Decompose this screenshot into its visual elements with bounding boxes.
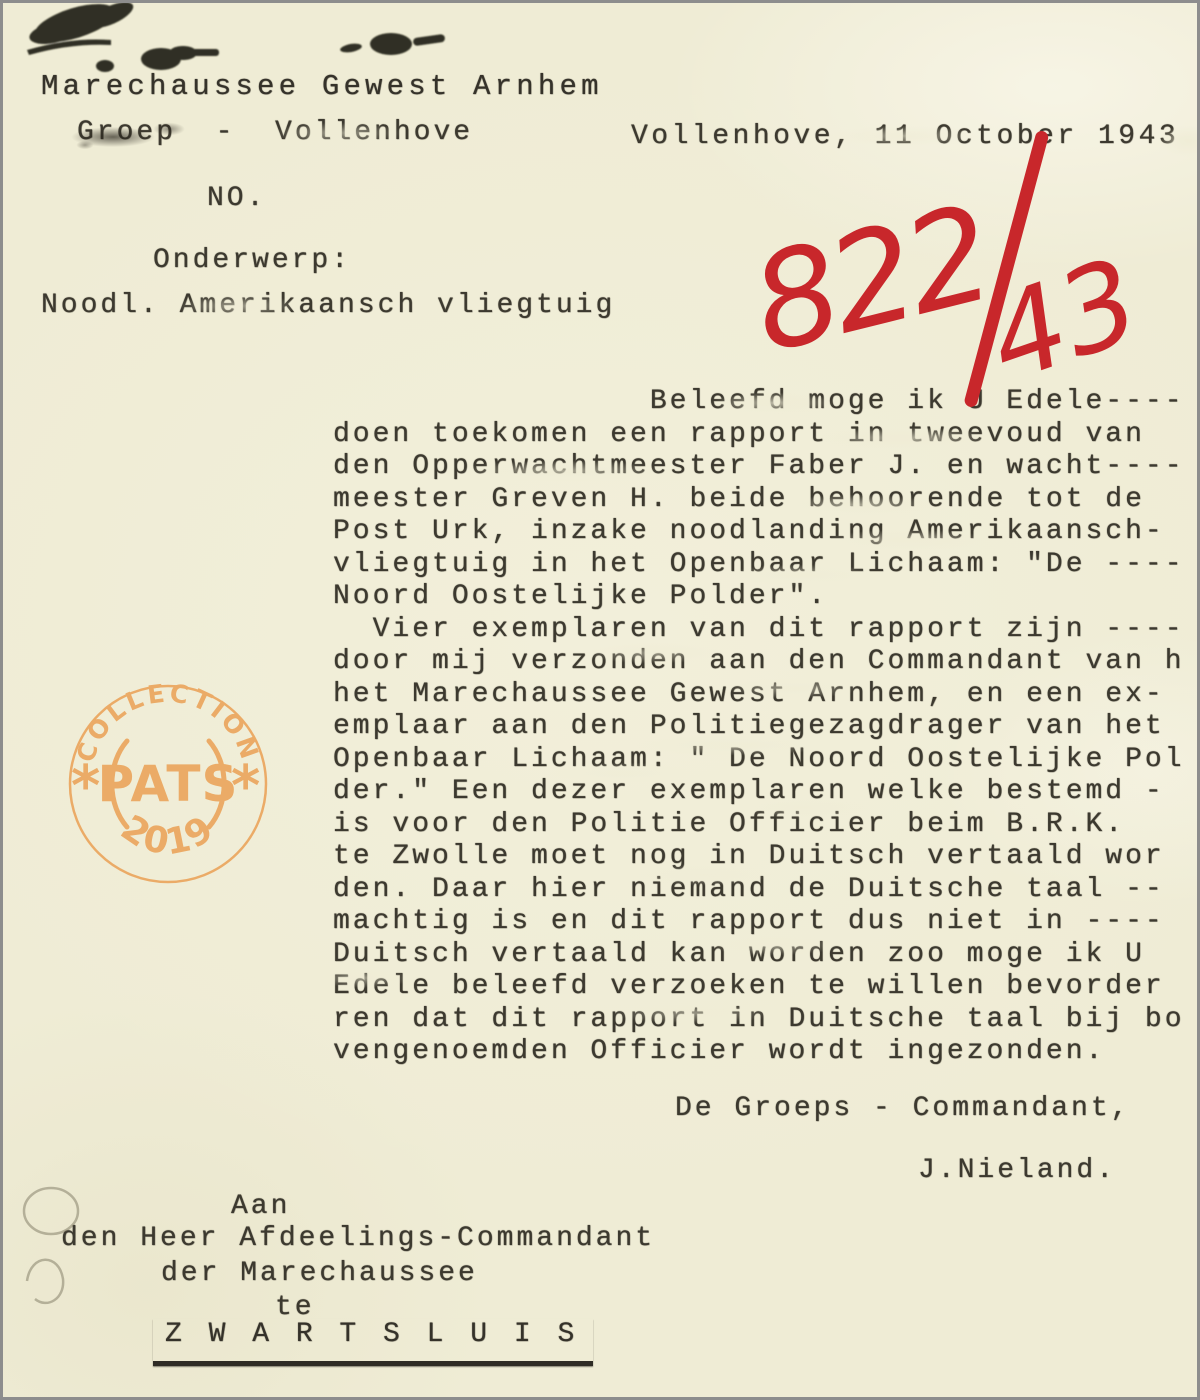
stamp-year-label: 2019 xyxy=(113,808,222,864)
stamp-star-right: * xyxy=(231,754,260,819)
document-number-label: NO. xyxy=(207,183,266,216)
collection-stamp: COLLECTION PATS * * 2019 xyxy=(65,681,271,887)
signature-name: J.Nieland. xyxy=(918,1155,1116,1188)
signature-role: De Groeps - Commandant, xyxy=(675,1093,1130,1126)
handwritten-registration-number: 822 43 xyxy=(755,151,1185,401)
scanned-letter-page: Marechaussee Gewest Arnhem Groep - Volle… xyxy=(0,0,1200,1400)
pencil-scribble-marks xyxy=(11,1183,106,1318)
letter-body-text: Beleefd moge ik U Edele---- doen toekome… xyxy=(333,386,1185,1069)
stamp-star-left: * xyxy=(71,754,100,819)
address-salutation: Aan xyxy=(231,1191,290,1224)
registration-year-number: 43 xyxy=(972,233,1156,409)
registration-main-number: 822 xyxy=(738,177,1002,383)
stamp-arc-top-label: COLLECTION xyxy=(71,678,266,765)
stamp-center-label: PATS xyxy=(98,755,239,813)
subject-value: Noodl. Amerikaansch vliegtuig xyxy=(41,290,615,323)
subject-label: Onderwerp: xyxy=(153,245,351,278)
address-city-underlined: Z W A R T S L U I S xyxy=(153,1319,593,1366)
letterhead-group-line: Groep - Vollenhove xyxy=(77,117,473,150)
ink-smudge-marks xyxy=(13,3,513,88)
address-organisation: der Marechaussee xyxy=(161,1258,478,1291)
address-recipient: den Heer Afdeelings-Commandant xyxy=(61,1223,655,1256)
place-date-line: Vollenhove, 11 October 1943 xyxy=(631,121,1179,154)
